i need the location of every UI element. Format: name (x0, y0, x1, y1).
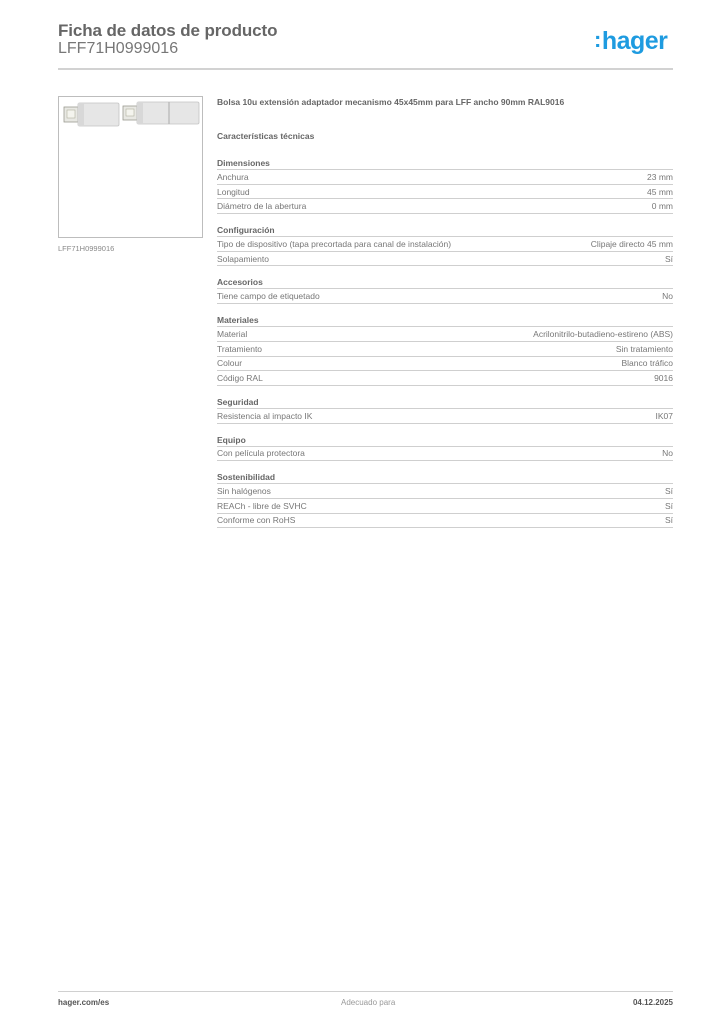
spec-row: Sin halógenosSí (217, 484, 673, 499)
logo-text: hager (602, 27, 668, 55)
spec-row: SolapamientoSí (217, 252, 673, 267)
spec-value: 23 mm (647, 172, 673, 182)
spec-value: Sin tratamiento (616, 344, 673, 354)
footer-date: 04.12.2025 (633, 998, 673, 1007)
spec-row: MaterialAcrilonitrilo-butadieno-estireno… (217, 327, 673, 342)
spec-value: Blanco tráfico (622, 358, 674, 368)
spec-row: Tiene campo de etiquetadoNo (217, 289, 673, 304)
spec-group-title: Configuración (217, 224, 673, 237)
spec-label: REACh - libre de SVHC (217, 501, 307, 511)
spec-row: Diámetro de la abertura0 mm (217, 199, 673, 214)
spec-group-title: Materiales (217, 314, 673, 327)
spec-row: ColourBlanco tráfico (217, 357, 673, 372)
product-specs: Bolsa 10u extensión adaptador mecanismo … (217, 96, 673, 528)
spec-label: Código RAL (217, 373, 263, 383)
section-title: Características técnicas (217, 130, 673, 142)
spec-value: 0 mm (652, 201, 673, 211)
spec-label: Longitud (217, 187, 250, 197)
spec-label: Tratamiento (217, 344, 262, 354)
spec-label: Resistencia al impacto IK (217, 411, 312, 421)
spec-group: SostenibilidadSin halógenosSíREACh - lib… (217, 471, 673, 528)
footer-divider (58, 991, 673, 992)
spec-group: SeguridadResistencia al impacto IKIK07 (217, 396, 673, 424)
spec-row: REACh - libre de SVHCSí (217, 499, 673, 514)
spec-label: Tiene campo de etiquetado (217, 291, 320, 301)
spec-group-title: Accesorios (217, 276, 673, 289)
image-caption: LFF71H0999016 (58, 244, 114, 253)
spec-label: Tipo de dispositivo (tapa precortada par… (217, 239, 451, 249)
spec-value: Sí (665, 486, 673, 496)
spec-row: Tipo de dispositivo (tapa precortada par… (217, 237, 673, 252)
spec-row: Conforme con RoHSSí (217, 514, 673, 529)
spec-group-title: Sostenibilidad (217, 471, 673, 484)
spec-label: Solapamiento (217, 254, 269, 264)
spec-label: Colour (217, 358, 242, 368)
product-code: LFF71H0999016 (58, 40, 178, 58)
spec-value: IK07 (656, 411, 674, 421)
spec-value: 9016 (654, 373, 673, 383)
spec-value: No (662, 291, 673, 301)
spec-value: Clipaje directo 45 mm (591, 239, 673, 249)
spec-group: MaterialesMaterialAcrilonitrilo-butadien… (217, 314, 673, 386)
spec-row: Resistencia al impacto IKIK07 (217, 409, 673, 424)
page-title: Ficha de datos de producto (58, 21, 277, 41)
spec-label: Anchura (217, 172, 249, 182)
spec-value: Sí (665, 515, 673, 525)
header-divider (58, 68, 673, 70)
spec-label: Material (217, 329, 247, 339)
spec-row: Anchura23 mm (217, 170, 673, 185)
footer-website-link[interactable]: hager.com/es (58, 998, 109, 1007)
spec-value: 45 mm (647, 187, 673, 197)
spec-group: AccesoriosTiene campo de etiquetadoNo (217, 276, 673, 304)
spec-group: ConfiguraciónTipo de dispositivo (tapa p… (217, 224, 673, 266)
product-illustration-icon (59, 97, 203, 238)
logo-colon: : (594, 27, 601, 52)
spec-row: Código RAL9016 (217, 371, 673, 386)
spec-group-title: Equipo (217, 434, 673, 447)
spec-label: Con película protectora (217, 448, 305, 458)
spec-label: Conforme con RoHS (217, 515, 295, 525)
spec-row: Longitud45 mm (217, 185, 673, 200)
spec-row: TratamientoSin tratamiento (217, 342, 673, 357)
spec-label: Diámetro de la abertura (217, 201, 306, 211)
spec-groups: DimensionesAnchura23 mmLongitud45 mmDiám… (217, 157, 673, 528)
product-description: Bolsa 10u extensión adaptador mecanismo … (217, 96, 673, 108)
spec-value: Sí (665, 254, 673, 264)
hager-logo: :hager (594, 27, 667, 56)
footer-suitable-for: Adecuado para (341, 998, 395, 1007)
spec-value: Acrilonitrilo-butadieno-estireno (ABS) (533, 329, 673, 339)
spec-value: Sí (665, 501, 673, 511)
spec-label: Sin halógenos (217, 486, 271, 496)
spec-group: EquipoCon película protectoraNo (217, 434, 673, 462)
spec-group: DimensionesAnchura23 mmLongitud45 mmDiám… (217, 157, 673, 214)
spec-group-title: Seguridad (217, 396, 673, 409)
spec-row: Con película protectoraNo (217, 447, 673, 462)
spec-group-title: Dimensiones (217, 157, 673, 170)
spec-value: No (662, 448, 673, 458)
product-image (58, 96, 203, 238)
